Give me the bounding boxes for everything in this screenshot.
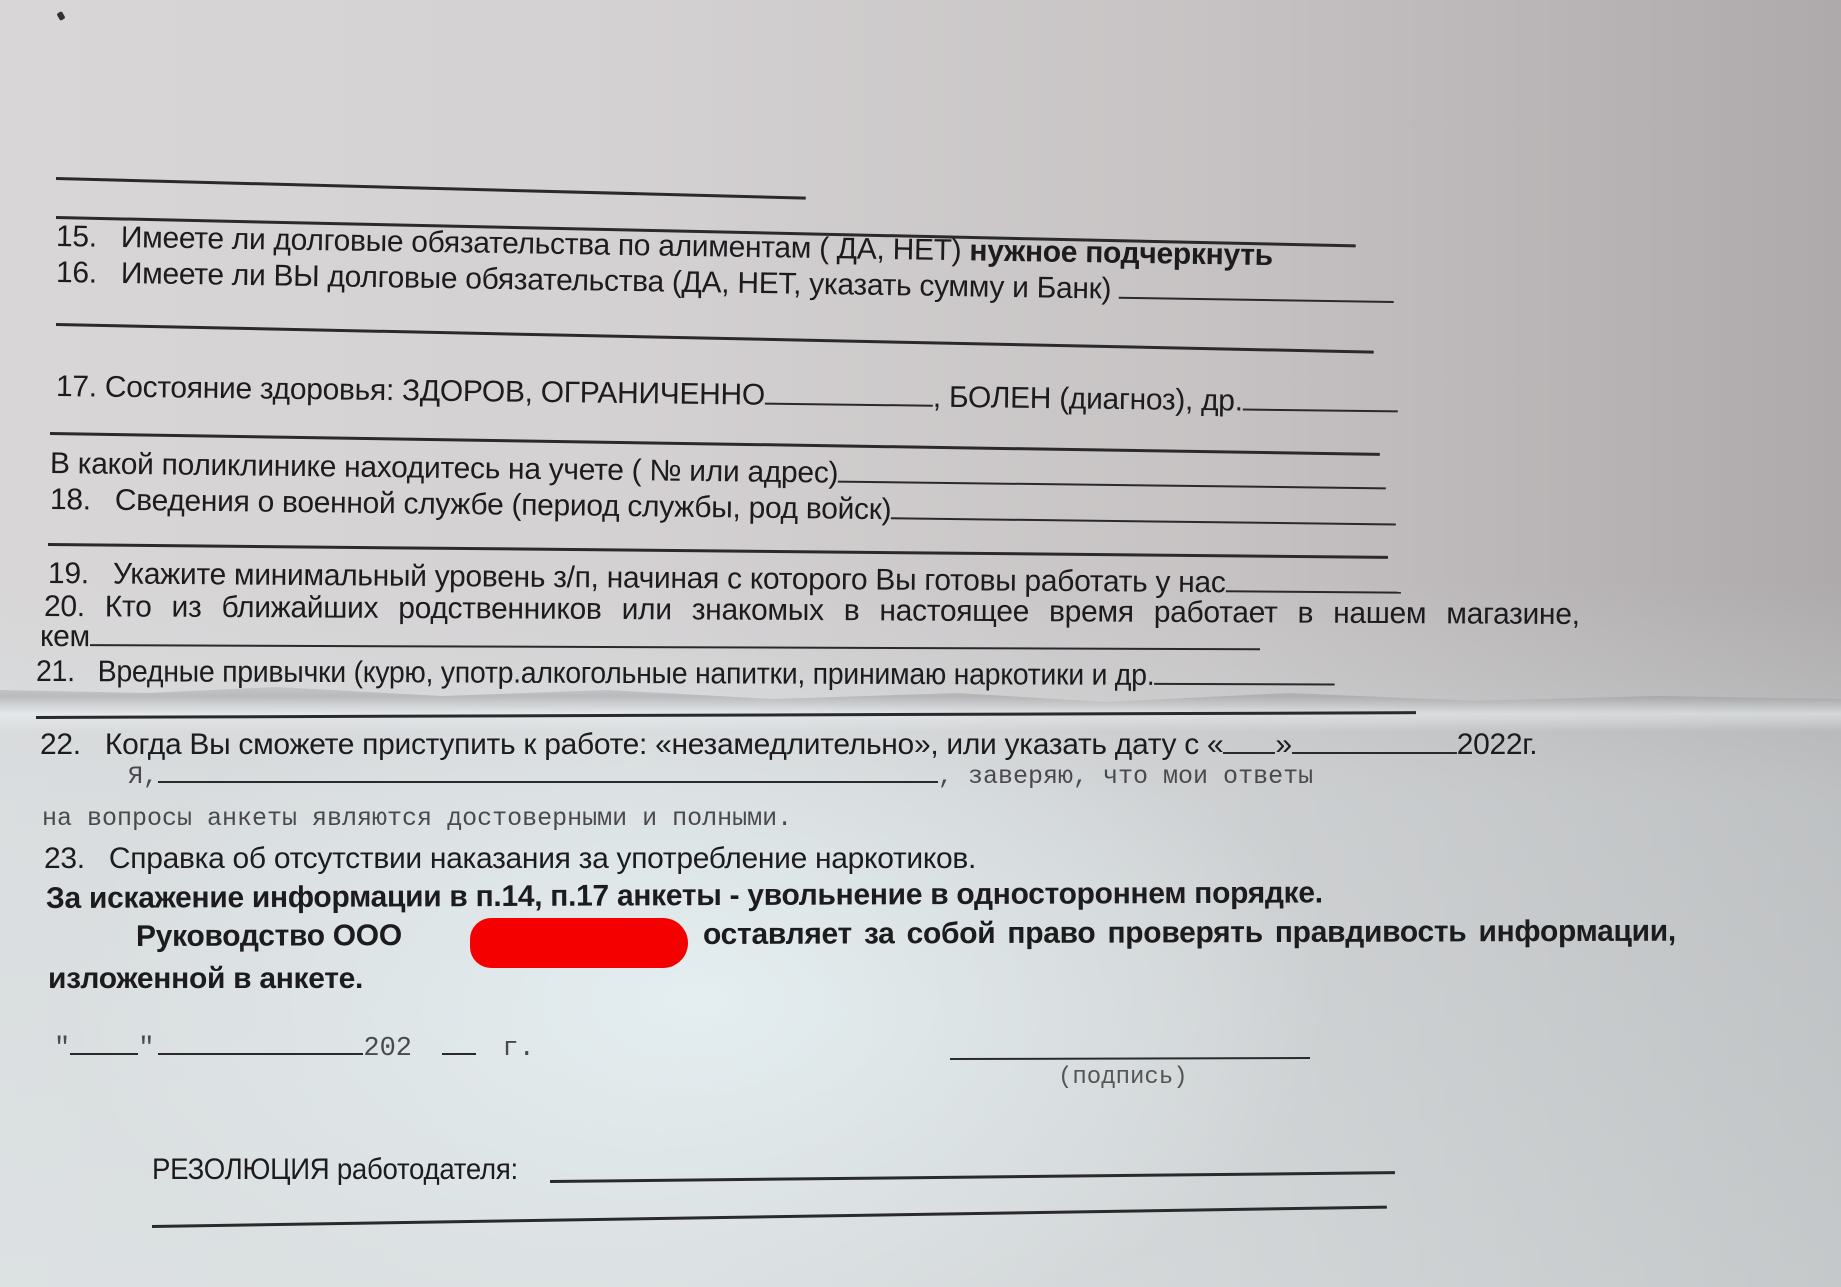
answer-field-habits[interactable] bbox=[1154, 659, 1335, 686]
question-text: кем bbox=[40, 620, 90, 653]
question-number: 17. bbox=[56, 370, 97, 403]
quote-close: " bbox=[138, 1034, 154, 1064]
question-number: 23. bbox=[44, 842, 85, 875]
question-22: 22. Когда Вы сможете приступить к работе… bbox=[40, 728, 1537, 762]
question-text: Когда Вы сможете приступить к работе: «н… bbox=[105, 728, 1223, 761]
declaration-text: на вопросы анкеты являются достоверными … bbox=[42, 804, 792, 833]
resolution-label: РЕЗОЛЮЦИЯ работодателя: bbox=[152, 1153, 518, 1187]
declaration-suffix: , заверяю, что мои ответы bbox=[938, 762, 1313, 791]
signature-label: (подпись) bbox=[1058, 1064, 1188, 1091]
year-prefix: 202 bbox=[363, 1034, 412, 1064]
question-text-cont: , БОЛЕН (диагноз), др. bbox=[933, 381, 1243, 418]
answer-field-start-month[interactable] bbox=[1292, 728, 1457, 754]
answer-field-salary[interactable] bbox=[1226, 566, 1401, 593]
question-number: 18. bbox=[50, 483, 91, 516]
answer-field-military[interactable] bbox=[891, 493, 1396, 525]
answer-field-limited[interactable] bbox=[765, 379, 933, 407]
date-day-field[interactable] bbox=[70, 1035, 138, 1055]
resolution-label-text: РЕЗОЛЮЦИЯ работодателя: bbox=[152, 1153, 518, 1186]
management-notice-line2: изложенной в анкете. bbox=[48, 962, 363, 996]
year-suffix: г. bbox=[502, 1034, 534, 1064]
date-line: ""202 г. bbox=[54, 1034, 535, 1064]
management-suffix: оставляет за собой право проверять правд… bbox=[703, 915, 1676, 951]
question-number: 21. bbox=[36, 655, 75, 688]
start-year: 2022г. bbox=[1457, 728, 1538, 761]
management-prefix: Руководство ООО bbox=[136, 919, 402, 953]
quote-open: " bbox=[54, 1034, 70, 1064]
declaration-line-2: на вопросы анкеты являются достоверными … bbox=[42, 804, 792, 833]
date-month-field[interactable] bbox=[158, 1035, 363, 1055]
signature-label-text: (подпись) bbox=[1058, 1064, 1188, 1091]
question-number: 15. bbox=[56, 220, 97, 254]
date-year-field[interactable] bbox=[442, 1035, 476, 1055]
question-21: 21. Вредные привычки (курю, употр.алкого… bbox=[36, 655, 1335, 694]
question-text: Состояние здоровья: ЗДОРОВ, ОГРАНИЧЕННО bbox=[105, 371, 765, 412]
quote-close: » bbox=[1275, 728, 1291, 761]
answer-field-debts[interactable] bbox=[1119, 273, 1394, 303]
declaration-prefix: Я, bbox=[128, 762, 158, 791]
question-number: 19. bbox=[48, 557, 89, 590]
answer-field-clinic[interactable] bbox=[838, 457, 1386, 490]
question-number: 22. bbox=[40, 728, 81, 761]
redacted-company-name bbox=[470, 918, 688, 968]
answer-field-start-day[interactable] bbox=[1223, 728, 1275, 754]
question-number: 16. bbox=[56, 256, 97, 290]
question-instruction: нужное подчеркнуть bbox=[969, 234, 1273, 272]
warning-text: За искажение информации в п.14, п.17 анк… bbox=[46, 876, 1323, 916]
question-text: Справка об отсутствии наказания за употр… bbox=[109, 842, 976, 875]
management-line2: изложенной в анкете. bbox=[48, 962, 363, 995]
question-20-cont: кем bbox=[40, 620, 1260, 658]
answer-field-relatives[interactable] bbox=[90, 620, 1260, 650]
declaration-line-1: Я,, заверяю, что мои ответы bbox=[128, 762, 1313, 791]
answer-field-diagnosis[interactable] bbox=[1243, 385, 1398, 413]
question-number: 20. bbox=[44, 590, 85, 623]
question-text: Вредные привычки (курю, употр.алкогольны… bbox=[98, 655, 1155, 692]
management-notice-cont: оставляет за собой право проверять правд… bbox=[703, 915, 1676, 952]
management-notice: Руководство ООО bbox=[136, 919, 402, 954]
answer-field-full-name[interactable] bbox=[158, 763, 938, 783]
question-23: 23. Справка об отсутствии наказания за у… bbox=[44, 842, 976, 876]
warning-text-content: За искажение информации в п.14, п.17 анк… bbox=[46, 876, 1323, 915]
